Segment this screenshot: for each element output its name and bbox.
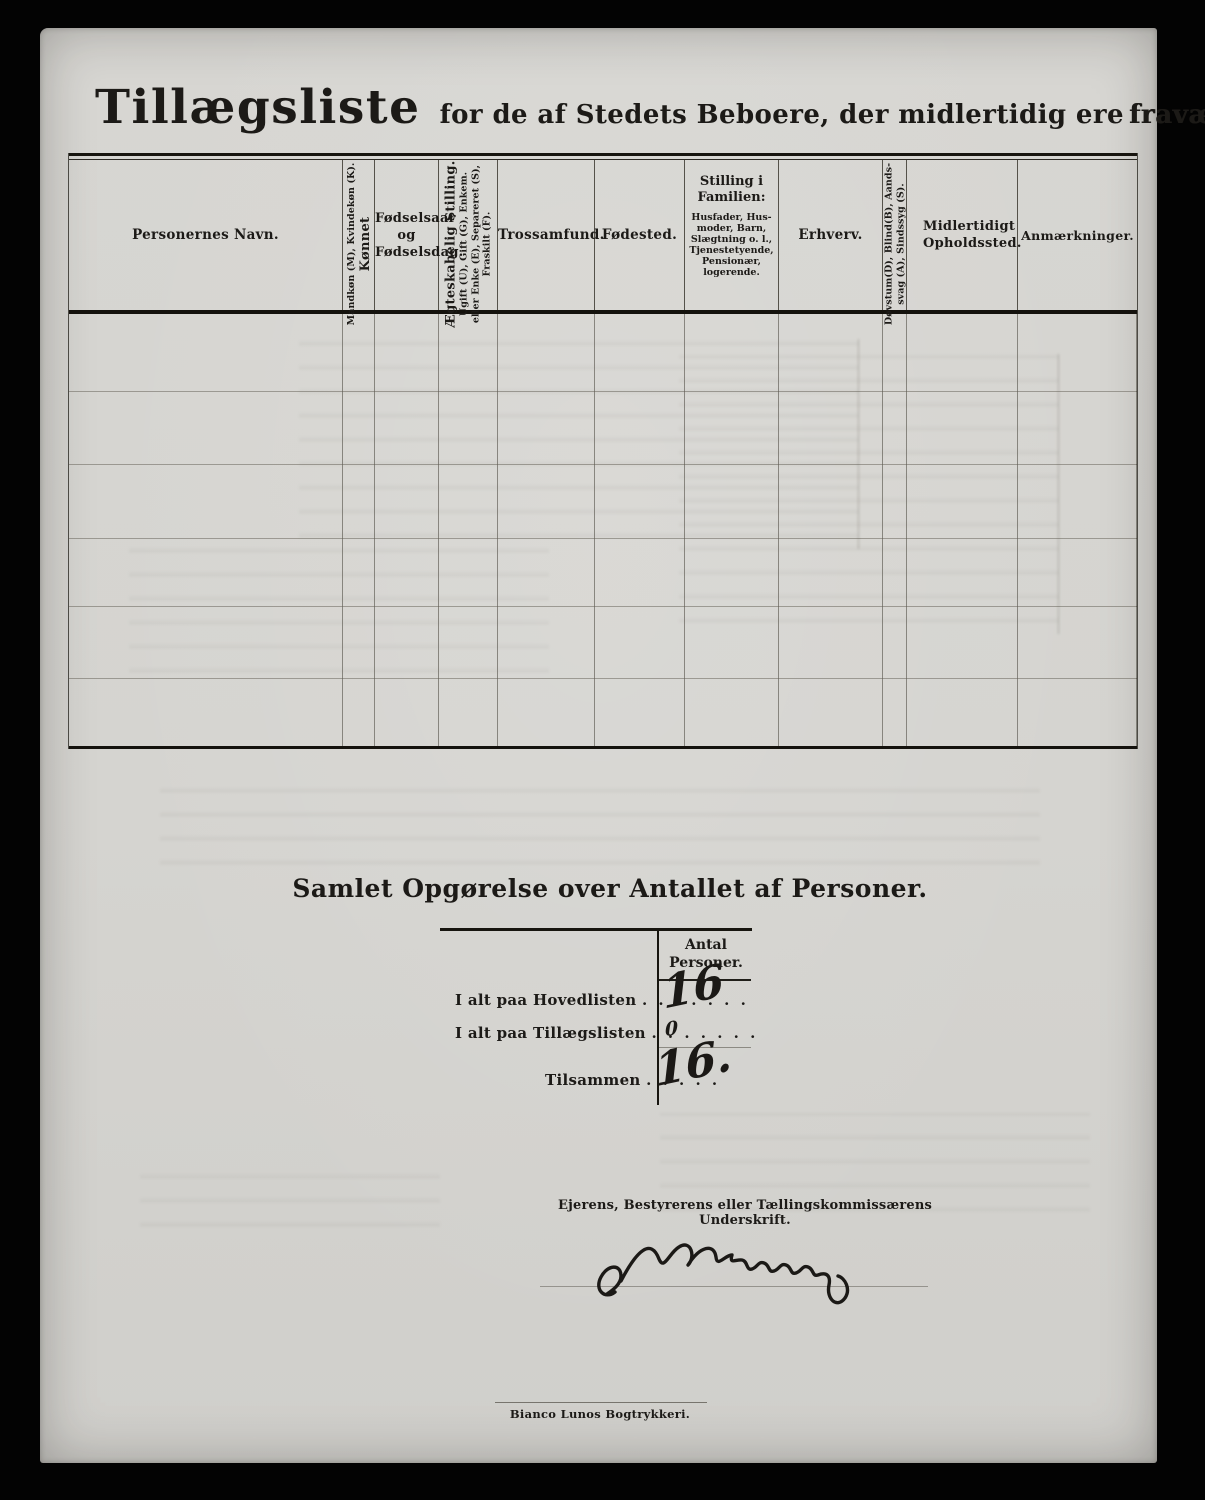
handwritten-count-tillaegslisten: 0 [665, 1019, 679, 1040]
table-header-bottom-rule [69, 310, 1137, 314]
table-top-double-rule [69, 153, 1137, 160]
page-title: Tillægsliste [95, 80, 420, 135]
row-divider [69, 464, 1137, 465]
page-subtitle: for de af Stedets Beboere, der midlertid… [440, 100, 1124, 130]
row-divider [69, 678, 1137, 679]
summary-heading: Samlet Opgørelse over Antallet af Person… [290, 874, 930, 903]
row-divider [69, 606, 1137, 607]
column-header-erhverv: Erhverv. [779, 160, 883, 310]
column-header-anmaerkninger: Anmærkninger. [1018, 160, 1137, 310]
table-body-empty [69, 314, 1137, 746]
row-divider [69, 391, 1137, 392]
column-header-stilling-i-familien: Stilling i Familien: Husfader, Hus- mode… [685, 160, 779, 310]
signature-caption: Ejerens, Bestyrerens eller Tællingskommi… [545, 1198, 945, 1228]
document-title-line: Tillægsliste for de af Stedets Beboere, … [95, 80, 1205, 135]
row-divider [69, 538, 1137, 539]
page-subtitle-emphasis: fraværende. [1129, 100, 1205, 130]
scan-frame: Tillægsliste for de af Stedets Beboere, … [0, 0, 1205, 1500]
column-header-personernes-navn: Personernes Navn. [69, 160, 343, 310]
column-header-doevstum: Døvstum(D), Blind(B), Aands- svag (A), S… [883, 160, 907, 310]
column-header-foedested: Fødested. [595, 160, 685, 310]
document-page: Tillægsliste for de af Stedets Beboere, … [40, 28, 1157, 1463]
column-header-midlertidigt-opholdssted: Midlertidigt Opholdssted. [907, 160, 1018, 310]
census-table: Personernes Navn. Mandkøn (M), Kvindekøn… [68, 153, 1138, 749]
bleed-through-ghost [140, 1173, 440, 1238]
handwritten-count-tilsammen: 16. [653, 1032, 733, 1094]
printer-imprint: Bianco Lunos Bogtrykkeri. [470, 1407, 730, 1421]
summary-top-rule [440, 928, 752, 931]
printer-rule [495, 1402, 707, 1403]
column-header-trossamfund: Trossamfund. [498, 160, 595, 310]
column-header-foedselsaar: Fødselsaar og Fødselsdag. [375, 160, 439, 310]
column-header-koennet: Mandkøn (M), Kvindekøn (K). Kønnet [343, 160, 375, 310]
table-bottom-rule [69, 746, 1137, 749]
signature-handwriting [585, 1226, 905, 1331]
table-header-row: Personernes Navn. Mandkøn (M), Kvindekøn… [69, 160, 1137, 310]
bleed-through-ghost [160, 786, 1040, 876]
handwritten-count-hovedlisten: 16 [661, 957, 725, 1015]
column-header-aegteskabelig-stilling: Ægteskabelig Stilling. Ugift (U), Gift (… [439, 160, 498, 310]
